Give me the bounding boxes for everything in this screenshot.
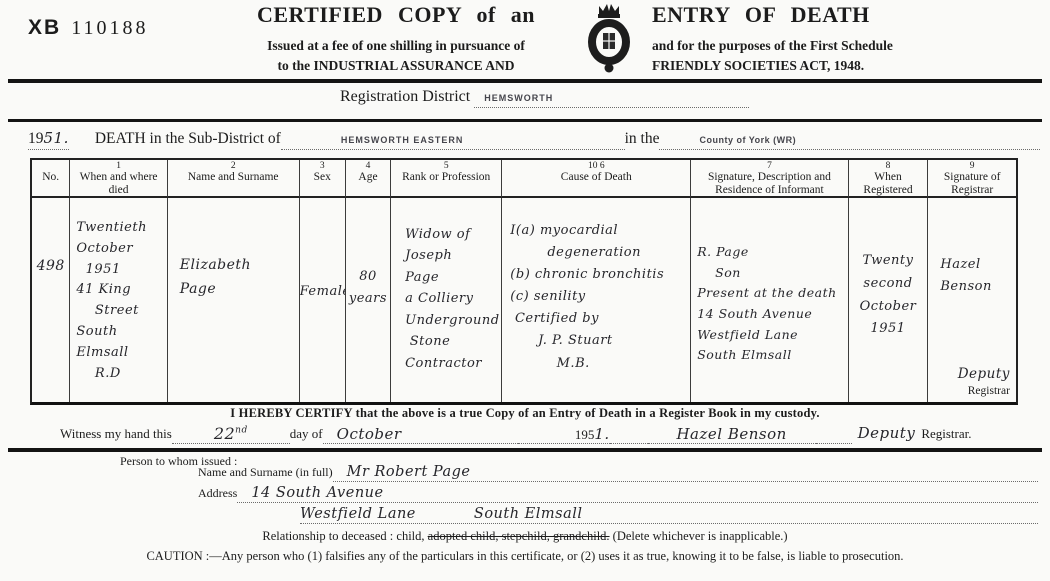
- issued-address-value-2a: Westfield Lane: [300, 506, 416, 522]
- witness-day: 22: [214, 424, 235, 443]
- col-header-signature-registrar: 9Signature of Registrar: [928, 160, 1016, 198]
- header-left-block: CERTIFIED COPY of an Issued at a fee of …: [228, 2, 564, 75]
- royal-crest-icon: [578, 1, 640, 82]
- issued-name-value: Mr Robert Page: [347, 464, 471, 480]
- issued-address-value-2b: South Elmsall: [474, 506, 583, 522]
- witness-signature-field: Hazel Benson: [648, 425, 816, 444]
- caution-line: CAUTION :—Any person who (1) falsifies a…: [0, 549, 1050, 564]
- year-handwritten: 51.: [44, 129, 69, 147]
- serial-digits: 110188: [71, 17, 148, 39]
- cell-sex: Female: [300, 198, 346, 402]
- header-left-subtitle-2: to the INDUSTRIAL ASSURANCE AND: [228, 56, 564, 76]
- dotted-spacer: [610, 427, 648, 444]
- witness-deputy-handwritten: Deputy: [852, 424, 922, 442]
- header-right-block: ENTRY OF DEATH and for the purposes of t…: [652, 2, 1032, 75]
- header-right-subtitle-1: and for the purposes of the First Schedu…: [652, 36, 1032, 56]
- year-field: 1951.: [28, 129, 69, 150]
- cell-registrar-signature: Hazel Benson DeputyRegistrar: [928, 198, 1016, 402]
- registrar-title-handwritten: Deputy: [958, 366, 1010, 382]
- issued-address-field-2: Westfield LaneSouth Elmsall: [300, 506, 1038, 524]
- in-the-label: in the: [625, 130, 660, 148]
- col-header-when-where-died: 1When and where died: [70, 160, 167, 198]
- certify-statement: I HEREBY CERTIFY that the above is a tru…: [0, 406, 1050, 421]
- relationship-line: Relationship to deceased : child, adopte…: [0, 529, 1050, 544]
- col-header-when-registered: 8When Registered: [849, 160, 929, 198]
- col-header-no: No.: [32, 160, 70, 198]
- relationship-struck-options: adopted child, stepchild, grandchild.: [428, 529, 610, 543]
- witness-month-field: October: [323, 425, 518, 444]
- header-right-subtitle-2: FRIENDLY SOCIETIES ACT, 1948.: [652, 56, 1032, 76]
- witness-year-field: 1951.: [518, 425, 610, 444]
- day-of-label: day of: [290, 426, 323, 442]
- registration-district-line: Registration District HEMSWORTH: [0, 88, 1050, 108]
- witness-day-suffix: nd: [235, 426, 248, 436]
- cell-when-where-died: Twentieth October 1951 41 King Street So…: [70, 198, 167, 402]
- registration-district-label: Registration District: [340, 88, 470, 105]
- subdistrict-label: DEATH in the Sub-District of: [95, 130, 281, 148]
- col-header-rank-profession: 5Rank or Profession: [391, 160, 502, 198]
- issued-name-field: Mr Robert Page: [333, 464, 1038, 482]
- registrar-signature: Hazel Benson: [940, 254, 1010, 298]
- serial-prefix: XB: [28, 16, 61, 39]
- divider-rule-top: [8, 79, 1042, 83]
- death-certificate-document: XB110188 CERTIFIED COPY of an Issued at …: [0, 0, 1050, 581]
- col-header-informant: 7Signature, Description and Residence of…: [691, 160, 848, 198]
- witness-prefix: Witness my hand this: [60, 426, 172, 442]
- relationship-suffix: (Delete whichever is inapplicable.): [613, 529, 788, 543]
- cell-name-surname: Elizabeth Page: [168, 198, 300, 402]
- subdistrict-field: HEMSWORTH EASTERN: [281, 130, 625, 150]
- cell-when-registered: Twenty second October 1951: [849, 198, 929, 402]
- witness-year-handwritten: 1.: [594, 425, 609, 443]
- witness-line: Witness my hand this 22nd day of October…: [60, 424, 1038, 444]
- header-left-subtitle-1: Issued at a fee of one shilling in pursu…: [228, 36, 564, 56]
- witness-day-field: 22nd: [172, 424, 290, 444]
- issued-name-label: Name and Surname (in full): [198, 465, 333, 480]
- witness-month: October: [337, 425, 402, 443]
- registrar-title-printed: Registrar: [968, 385, 1010, 397]
- col-header-sex: 3Sex: [300, 160, 346, 198]
- registrar-title: DeputyRegistrar: [940, 367, 1010, 398]
- issued-address-field: 14 South Avenue: [237, 485, 1038, 503]
- col-header-age: 4Age: [346, 160, 391, 198]
- serial-number: XB110188: [28, 16, 148, 40]
- divider-rule-bottom: [8, 448, 1042, 452]
- year-printed: 19: [28, 130, 44, 147]
- issued-address-row-2: Westfield LaneSouth Elmsall: [300, 506, 1038, 524]
- dotted-spacer-2: [816, 427, 852, 444]
- witness-signature: Hazel Benson: [676, 425, 786, 443]
- witness-year-printed: 195: [575, 427, 595, 442]
- county-value: County of York (WR): [699, 135, 796, 145]
- cell-entry-number: 498: [32, 198, 70, 402]
- title-certified-copy: CERTIFIED COPY of an: [228, 2, 564, 28]
- divider-rule-registration: [8, 119, 1042, 122]
- title-entry-of-death: ENTRY OF DEATH: [652, 2, 1032, 28]
- county-field: County of York (WR): [659, 130, 1040, 150]
- issued-address-label: Address: [198, 486, 237, 501]
- issued-name-row: Name and Surname (in full) Mr Robert Pag…: [198, 464, 1038, 482]
- col-header-name-surname: 2Name and Surname: [168, 160, 300, 198]
- registration-district-value: HEMSWORTH: [484, 93, 553, 103]
- issued-address-value-1: 14 South Avenue: [251, 485, 383, 501]
- cell-rank-profession: Widow of Joseph Page a Colliery Undergro…: [391, 198, 502, 402]
- cell-informant: R. Page Son Present at the death 14 Sout…: [691, 198, 848, 402]
- registrar-word-label: Registrar.: [921, 426, 971, 442]
- cell-cause-of-death: I(a) myocardial degeneration (b) chronic…: [502, 198, 691, 402]
- entry-table: No. 1When and where died 2Name and Surna…: [30, 158, 1018, 405]
- col-header-cause-of-death: 10 6Cause of Death: [502, 160, 691, 198]
- registration-district-field: HEMSWORTH: [474, 88, 749, 108]
- cell-age: 80 years: [346, 198, 391, 402]
- relationship-prefix: Relationship to deceased : child,: [262, 529, 424, 543]
- subdistrict-value: HEMSWORTH EASTERN: [341, 135, 464, 145]
- subdistrict-line: 1951. DEATH in the Sub-District of HEMSW…: [28, 129, 1040, 150]
- issued-address-row: Address 14 South Avenue: [198, 485, 1038, 503]
